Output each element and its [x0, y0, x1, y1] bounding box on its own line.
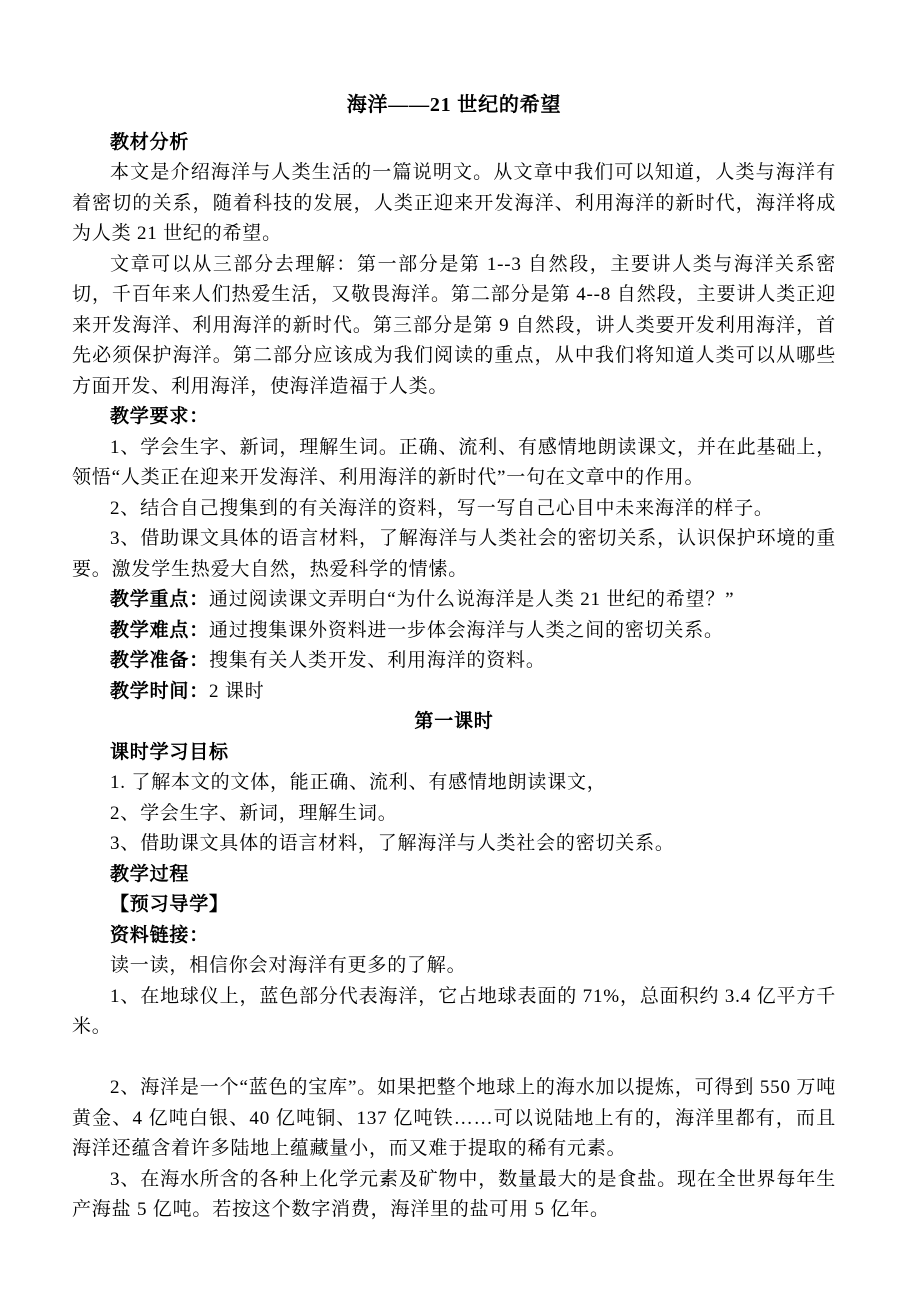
teaching-preparation-line: 教学准备：搜集有关人类开发、利用海洋的资料。: [72, 646, 836, 677]
teaching-difficulty-label: 教学难点：: [110, 620, 209, 641]
list-item: 2、结合自己搜集到的有关海洋的资料，写一写自己心目中未来海洋的样子。: [72, 494, 836, 525]
subtitle-first-lesson: 第一课时: [72, 707, 836, 738]
heading-material-analysis: 教材分析: [72, 128, 836, 159]
teaching-time-line: 教学时间：2 课时: [72, 677, 836, 708]
list-item: 3、借助课文具体的语言材料，了解海洋与人类社会的密切关系。: [72, 829, 836, 860]
paragraph: 本文是介绍海洋与人类生活的一篇说明文。从文章中我们可以知道，人类与海洋有着密切的…: [72, 158, 836, 250]
list-item: 3、在海水所含的各种上化学元素及矿物中，数量最大的是食盐。现在全世界每年生产海盐…: [72, 1165, 836, 1226]
teaching-time-label: 教学时间：: [110, 681, 209, 702]
list-item: 1. 了解本文的文体，能正确、流利、有感情地朗读课文，: [72, 768, 836, 799]
heading-lesson-objectives: 课时学习目标: [72, 738, 836, 769]
teaching-focus-line: 教学重点：通过阅读课文弄明白“为什么说海洋是人类 21 世纪的希望？”: [72, 585, 836, 616]
heading-teaching-process: 教学过程: [72, 860, 836, 891]
teaching-focus-label: 教学重点：: [110, 589, 209, 610]
teaching-difficulty-line: 教学难点：通过搜集课外资料进一步体会海洋与人类之间的密切关系。: [72, 616, 836, 647]
heading-preview-guide: 【预习导学】: [72, 890, 836, 921]
list-item: 3、借助课文具体的语言材料，了解海洋与人类社会的密切关系，认识保护环境的重要。激…: [72, 524, 836, 585]
doc-title: 海洋——21 世纪的希望: [72, 90, 836, 121]
teaching-difficulty-text: 通过搜集课外资料进一步体会海洋与人类之间的密切关系。: [209, 620, 724, 641]
heading-teaching-requirements: 教学要求：: [72, 402, 836, 433]
paragraph: 读一读，相信你会对海洋有更多的了解。: [72, 951, 836, 982]
paragraph: 文章可以从三部分去理解：第一部分是第 1--3 自然段，主要讲人类与海洋关系密切…: [72, 250, 836, 403]
document-page: 海洋——21 世纪的希望 教材分析 本文是介绍海洋与人类生活的一篇说明文。从文章…: [0, 0, 920, 1302]
list-item: 1、在地球仪上，蓝色部分代表海洋，它占地球表面的 71%，总面积约 3.4 亿平…: [72, 982, 836, 1043]
list-item: 1、学会生字、新词，理解生词。正确、流利、有感情地朗读课文，并在此基础上，领悟“…: [72, 433, 836, 494]
teaching-focus-text: 通过阅读课文弄明白“为什么说海洋是人类 21 世纪的希望？”: [209, 589, 734, 610]
heading-resource-links: 资料链接：: [72, 921, 836, 952]
list-item: 2、海洋是一个“蓝色的宝库”。如果把整个地球上的海水加以提炼，可得到 550 万…: [72, 1073, 836, 1165]
teaching-preparation-label: 教学准备：: [110, 650, 209, 671]
teaching-preparation-text: 搜集有关人类开发、利用海洋的资料。: [209, 650, 546, 671]
teaching-time-text: 2 课时: [209, 681, 264, 702]
list-item: 2、学会生字、新词，理解生词。: [72, 799, 836, 830]
